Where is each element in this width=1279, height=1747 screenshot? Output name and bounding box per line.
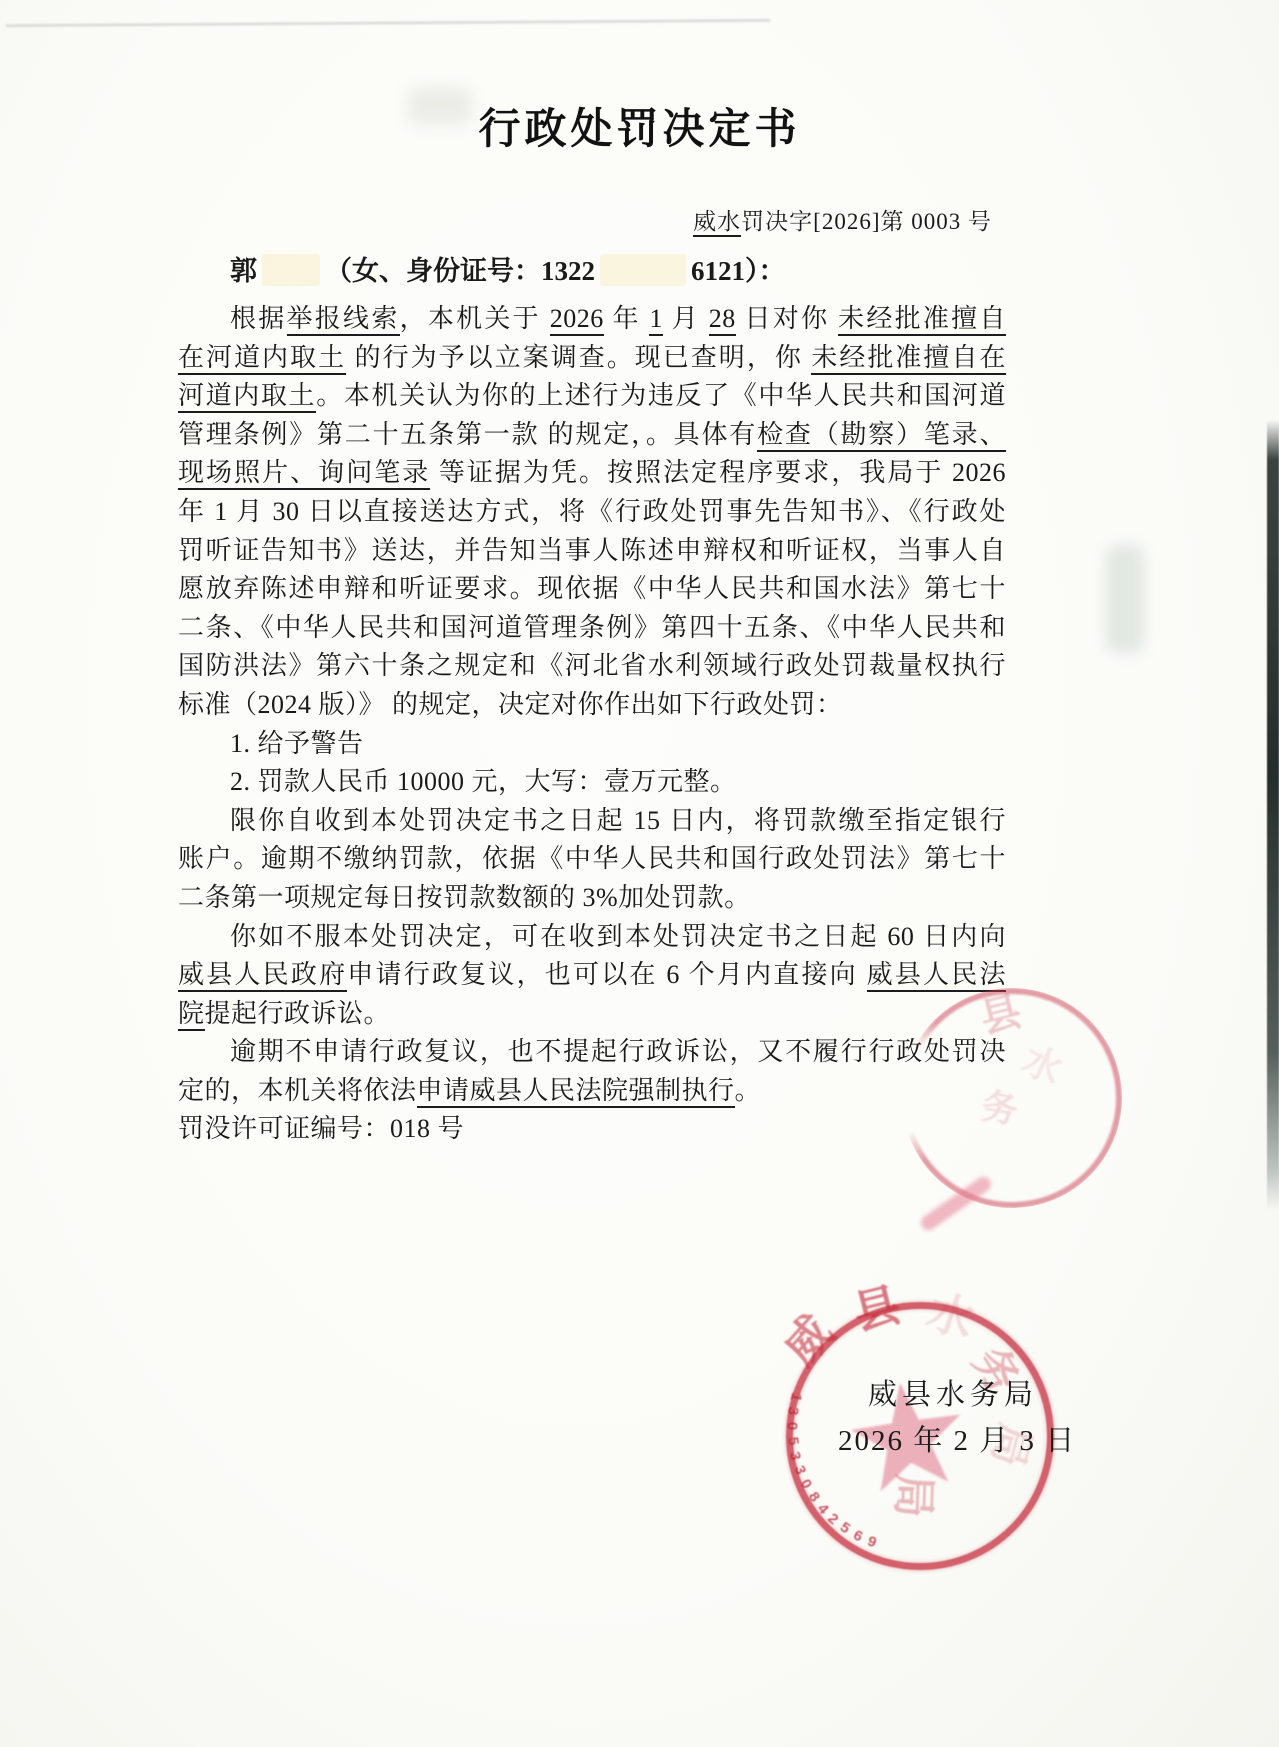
text-segment: 限你自收到本处罚决定书之日起 15 日内，将罚款缴至指定银行 — [230, 806, 1006, 835]
body-line: 你如不服本处罚决定，可在收到本处罚决定书之日起 60 日内向 — [178, 918, 1006, 957]
text-segment: 申请行政复议，也可以在 6 个月内直接向 — [347, 960, 866, 989]
body-line: 定的，本机关将依法申请威县人民法院强制执行。 — [178, 1072, 1006, 1111]
text-segment: 。 — [735, 1076, 762, 1105]
body-line: 逾期不申请行政复议，也不提起行政诉讼，又不履行行政处罚决 — [178, 1033, 1006, 1072]
underlined-text: 威县人民政府 — [178, 960, 347, 992]
text-segment: 1. 给予警告 — [230, 729, 364, 758]
text-segment: 罚决字[2026]第 0003 号 — [741, 209, 992, 234]
text-segment: 罚听证告知书》送达，并告知当事人陈述申辩权和听证权，当事人自 — [178, 536, 1006, 565]
text-segment: 二条第一项规定每日按罚款数额的 3%加处罚款。 — [178, 883, 751, 912]
text-segment: 国防洪法》第六十条之规定和《河北省水利领域行政处罚裁量权执行 — [178, 651, 1006, 680]
body-line: 罚听证告知书》送达，并告知当事人陈述申辩权和听证权，当事人自 — [178, 532, 1006, 571]
underlined-text: 1 — [649, 304, 663, 336]
text-segment: 提起行政诉讼。 — [205, 999, 391, 1028]
underlined-text: 现场照片、询问笔录 — [178, 458, 430, 490]
scan-artifact-green-smudge — [1106, 545, 1144, 653]
underlined-text: 检查（勘察）笔录、 — [757, 420, 1006, 452]
body-line: 二条、《中华人民共和国河道管理条例》第四十五条、《中华人民共和 — [178, 609, 1006, 648]
text-segment: 逾期不申请行政复议，也不提起行政诉讼，又不履行行政处罚决 — [230, 1037, 1006, 1066]
body-line: 标准（2024 版）》 的规定，决定对你作出如下行政处罚： — [178, 686, 1006, 725]
text-segment: 6121）： — [691, 256, 786, 286]
text-segment: 罚没许可证编号：018 号 — [178, 1114, 464, 1143]
body-line: 管理条例》第二十五条第一款 的规定，。具体有检查（勘察）笔录、 — [178, 416, 1006, 455]
underlined-text: 在河道内取土 — [178, 343, 346, 375]
text-segment: 根据 — [230, 304, 287, 333]
body-line: 根据举报线索，本机关于 2026 年 1 月 28 日对你 未经批准擅自 — [178, 300, 1006, 339]
underlined-text: 举报线索 — [287, 304, 400, 336]
text-segment: 月 — [663, 304, 709, 333]
scan-artifact-top-line — [6, 19, 770, 26]
seal-serial-digit: 0 — [783, 1422, 800, 1431]
underlined-text: 申请威县人民法院强制执行 — [417, 1076, 735, 1108]
text-segment: ，本机关于 — [400, 304, 550, 333]
body-line: 年 1 月 30 日以直接送达方式，将《行政处罚事先告知书》、《行政处 — [178, 493, 1006, 532]
text-segment: 你如不服本处罚决定，可在收到本处罚决定书之日起 60 日内向 — [230, 922, 1006, 951]
body-line: 河道内取土。本机关认为你的上述行为违反了《中华人民共和国河道 — [178, 377, 1006, 416]
text-segment: 二条、《中华人民共和国河道管理条例》第四十五条、《中华人民共和 — [178, 613, 1006, 642]
redaction-box — [600, 254, 686, 286]
body-line: 在河道内取土 的行为予以立案调查。现已查明，你 未经批准擅自在 — [178, 339, 1006, 378]
addressee-line: 郭（女、身份证号：13226121）： — [178, 249, 1058, 288]
underlined-text: 28 — [709, 304, 736, 336]
text-segment: 年 1 月 30 日以直接送达方式，将《行政处罚事先告知书》、《行政处 — [178, 497, 1006, 526]
body-line: 账户。逾期不缴纳罚款，依据《中华人民共和国行政处罚法》第七十 — [178, 840, 1006, 879]
body-line: 1. 给予警告 — [178, 725, 1006, 764]
body-line: 现场照片、询问笔录 等证据为凭。按照法定程序要求，我局于 2026 — [178, 454, 1006, 493]
underlined-text: 未经批准擅自在 — [811, 343, 1006, 375]
text-segment: 年 — [604, 304, 650, 333]
text-segment: （女、身份证号：1322 — [325, 256, 595, 286]
body-line: 国防洪法》第六十条之规定和《河北省水利领域行政处罚裁量权执行 — [178, 647, 1006, 686]
body-line: 2. 罚款人民币 10000 元，大写：壹万元整。 — [178, 763, 1006, 802]
text-segment: 管理条例》第二十五条第一款 的规定，。具体有 — [178, 420, 757, 449]
document-number: 威水罚决字[2026]第 0003 号 — [178, 203, 992, 236]
text-segment: 愿放弃陈述申辩和听证要求。现依据《中华人民共和国水法》第七十 — [178, 574, 1006, 603]
text-segment: 定的，本机关将依法 — [178, 1076, 417, 1105]
signature-date: 2026 年 2 月 3 日 — [838, 1418, 1076, 1459]
underlined-text: 河道内取土 — [178, 381, 316, 413]
redaction-box — [262, 254, 320, 286]
signature-org: 威县水务局 — [868, 1372, 1038, 1413]
underlined-text: 威水 — [693, 209, 741, 237]
body-lines: 根据举报线索，本机关于 2026 年 1 月 28 日对你 未经批准擅自在河道内… — [178, 300, 1006, 1149]
body-line: 罚没许可证编号：018 号 — [178, 1110, 1006, 1149]
text-segment: 标准（2024 版）》 的规定，决定对你作出如下行政处罚： — [178, 690, 843, 719]
body-line: 二条第一项规定每日按罚款数额的 3%加处罚款。 — [178, 879, 1006, 918]
document-title: 行政处罚决定书 — [0, 96, 1279, 156]
text-segment: 等证据为凭。按照法定程序要求，我局于 2026 — [430, 458, 1006, 487]
body-line: 限你自收到本处罚决定书之日起 15 日内，将罚款缴至指定银行 — [178, 802, 1006, 841]
text-segment: 2. 罚款人民币 10000 元，大写：壹万元整。 — [230, 767, 737, 796]
text-segment: 的行为予以立案调查。现已查明，你 — [346, 343, 811, 372]
text-segment: 账户。逾期不缴纳罚款，依据《中华人民共和国行政处罚法》第七十 — [178, 844, 1006, 873]
text-segment: 。本机关认为你的上述行为违反了《中华人民共和国河道 — [316, 381, 1006, 410]
underlined-text: 未经批准擅自 — [838, 304, 1006, 336]
body-line: 院提起行政诉讼。 — [178, 995, 1006, 1034]
seal-arc-char: 局 — [885, 1473, 950, 1519]
scanned-document-page: 行政处罚决定书 威水罚决字[2026]第 0003 号 郭（女、身份证号：132… — [0, 0, 1279, 1747]
body-line: 愿放弃陈述申辩和听证要求。现依据《中华人民共和国水法》第七十 — [178, 570, 1006, 609]
text-segment: 郭 — [230, 256, 257, 286]
text-segment: 日对你 — [736, 304, 838, 333]
underlined-text: 院 — [178, 999, 205, 1031]
scan-artifact-edge-shadow — [1267, 420, 1279, 1210]
underlined-text: 2026 — [550, 304, 604, 336]
body-line: 威县人民政府申请行政复议，也可以在 6 个月内直接向 威县人民法 — [178, 956, 1006, 995]
